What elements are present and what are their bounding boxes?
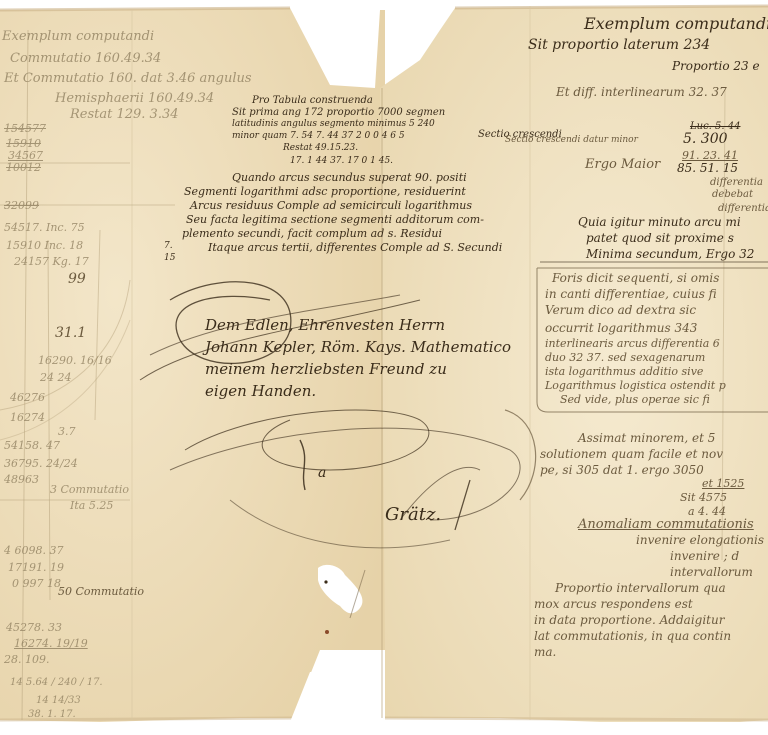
left-line: Et Commutatio 160. dat 3.46 angulus [4,72,252,85]
right-heading: Exemplum computandi [584,16,768,32]
calc-entry: 15910 Inc. 18 [6,240,83,251]
boxed-paragraph-line: in canti differentiae, cuius fi [545,288,717,300]
calc-entry: 99 [68,272,86,286]
calc-maior-label: Ergo Maior [585,158,660,171]
margin-mark: 15 [164,254,175,263]
left-heading: Exemplum computandi [2,30,154,43]
calc-entry: 16274. 19/19 [14,638,88,649]
calc-entry: 48963 [4,474,39,485]
calc-entry: 14 14/33 [36,696,81,706]
right-paragraph-line: ma. [534,646,556,658]
right-line: Et diff. interlinearum 32. 37 [556,86,727,98]
right-paragraph-line: in data proportione. Addaigitur [534,614,724,626]
right-paragraph-line: invenire elongationis [636,534,764,546]
calc-entry: 3 Commutatio [50,484,129,495]
calc-entry: 46276 [10,392,45,403]
calc-entry: 16274 [10,412,45,423]
boxed-paragraph-line: duo 32 37. sed sexagenarum [545,352,705,363]
calc-entry: 54158. 47 [4,440,60,451]
calc-entry: 54517. Inc. 75 [4,222,85,233]
calc-entry: 0 997 18 [12,578,61,589]
right-paragraph-line: lat commutationis, in qua contin [534,630,731,642]
calc-entry: 10012 [6,162,41,173]
table-note-line: latitudinis angulus segmento minimus 5 2… [232,120,435,129]
calc-entry: 34567 [8,150,43,161]
right-paragraph-line: mox arcus respondens est [534,598,693,610]
flourish-mark: a [318,466,326,480]
calc-entry: 50 Commutatio [58,586,144,597]
calc-entry: 24157 Kg. 17 [14,256,89,267]
boxed-paragraph-line: Sed vide, plus operae sic fi [560,394,710,405]
right-paragraph-line: solutionem quam facile et nov [540,448,723,460]
right-paragraph-line: et 1525 [702,478,744,489]
table-note-line: minor quam 7. 54 7. 44 37 2 0 0 4 6 5 [232,132,405,141]
calc-entry: 17191. 19 [8,562,64,573]
table-note-line: 17. 1 44 37. 17 0 1 45. [290,157,393,166]
calc-entry: 32099 [4,200,39,211]
calc-entry: 36795. 24/24 [4,458,78,469]
right-paragraph-line: invenire ; d [670,550,739,562]
calc-entry: Ita 5.25 [70,500,113,511]
address-line: eigen Handen. [205,384,316,399]
boxed-paragraph-line: Verum dico ad dextra sic [545,304,696,316]
boxed-paragraph-line: ista logarithmus additio sive [545,366,703,377]
address-line: meinem herzliebsten Freund zu [205,362,447,377]
latin-paragraph-line: Segmenti logarithmi adsc proportione, re… [184,186,466,197]
right-line: Sit proportio laterum 234 [528,38,710,52]
calc-entry: 3.7 [58,426,76,437]
calc-note: differentia [718,204,768,214]
boxed-paragraph-line: Foris dicit sequenti, si omis [552,272,719,284]
right-paragraph-line: a 4. 44 [688,506,726,517]
calc-entry: 154577 [4,123,46,134]
right-paragraph-line: Minima secundum, Ergo 32 [586,248,754,260]
latin-paragraph-line: Seu facta legitima sectione segmenti add… [186,214,484,225]
calc-entry: 4 6098. 37 [4,545,63,556]
left-line: Hemisphaerii 160.49.34 [55,92,214,105]
table-note-line: Sit prima ang 172 proportio 7000 segmen [232,108,445,118]
right-paragraph-line: pe, si 305 dat 1. ergo 3050 [540,464,704,476]
calc-entry: 15910 [6,138,41,149]
latin-paragraph-line: Arcus residuus Comple ad semicirculi log… [190,200,472,211]
latin-paragraph-line: Itaque arcus tertii, differentes Comple … [208,242,502,253]
calc-minor-value: 5. 300 [683,132,728,146]
right-paragraph-line: Quia igitur minuto arcu mi [578,216,741,228]
left-line: Restat 129. 3.34 [70,108,179,121]
address-line: Dem Edlen, Ehrenvesten Herrn [205,318,445,333]
margin-mark: 7. [164,242,173,251]
calc-note: differentia [710,178,763,188]
calc-entry: 31.1 [55,326,86,340]
calc-note: debebat [712,190,753,200]
latin-paragraph-line: Quando arcus secundus superat 90. positi [232,172,467,183]
right-paragraph-line: patet quod sit proxime s [586,232,734,244]
calc-entry: 16290. 16/16 [38,355,112,366]
closing-place: Grätz. [385,506,441,524]
address-line: Johann Kepler, Röm. Kays. Mathematico [205,340,511,355]
calc-entry: 14 5.64 / 240 / 17. [10,678,103,688]
manuscript-sheet: Exemplum computandi Commutatio 160.49.34… [0,0,768,735]
calc-entry: 24 24 [40,372,72,383]
calc-entry: 28. 109. [4,654,49,665]
table-note-line: Restat 49.15.23. [283,144,358,153]
right-paragraph-line: Anomaliam commutationis [578,518,754,531]
boxed-paragraph-line: Logarithmus logistica ostendit p [545,380,726,391]
left-line: Commutatio 160.49.34 [10,52,161,65]
boxed-paragraph-line: occurrit logarithmus 343 [545,322,697,334]
latin-paragraph-line: plemento secundi, facit complum ad s. Re… [182,228,442,239]
right-paragraph-line: Proportio intervallorum qua [555,582,726,594]
boxed-paragraph-line: interlinearis arcus differentia 6 [545,338,720,349]
right-line: Proportio 23 e [672,60,760,72]
calc-maior-value: 85. 51. 15 [677,162,738,174]
table-note-title: Pro Tabula construenda [252,96,373,106]
right-paragraph-line: Sit 4575 [680,492,727,503]
right-paragraph-line: intervallorum [670,566,753,578]
calc-minor-label: Sectio crescendi datur minor [505,136,638,145]
calc-sub-value: 91. 23. 41 [682,150,738,161]
calc-entry: 45278. 33 [6,622,62,633]
calc-entry: 38. 1. 17. [28,710,76,720]
right-paragraph-line: Assimat minorem, et 5 [578,432,715,444]
